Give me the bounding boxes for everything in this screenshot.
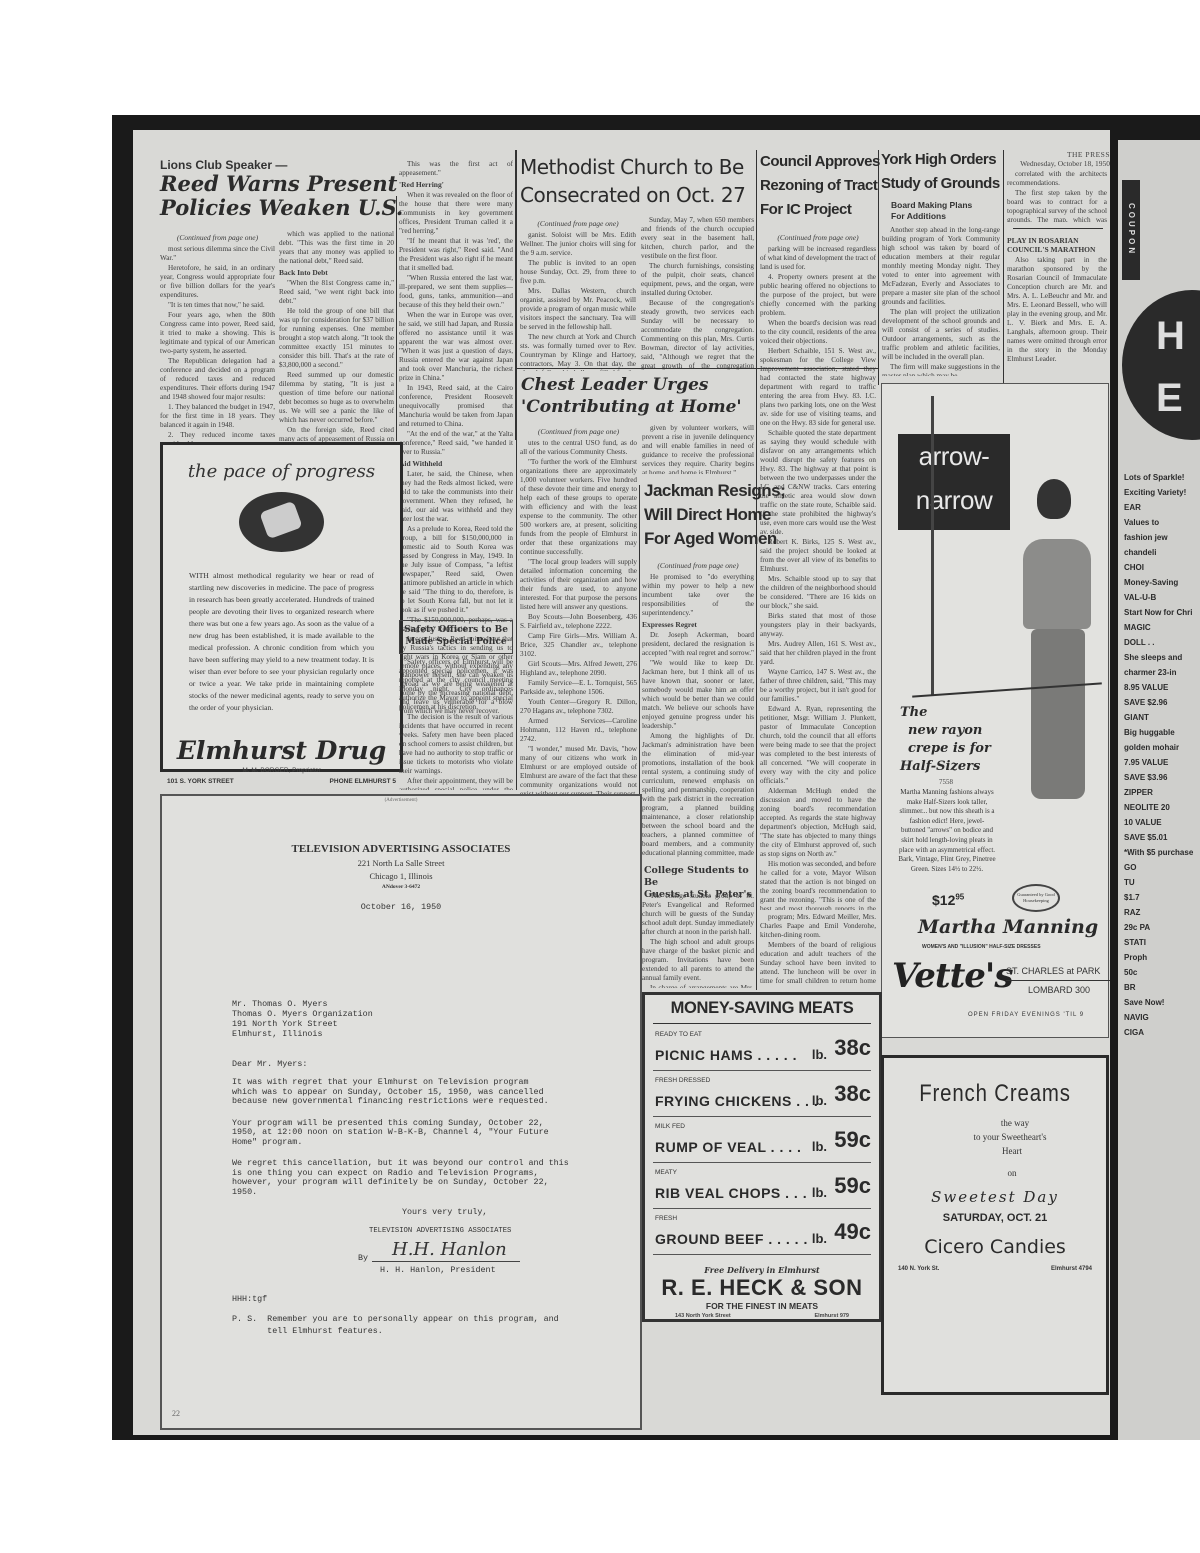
adjacent-page-text: GO	[1124, 860, 1200, 875]
headline-methodist-line1: Methodist Church to Be	[520, 154, 744, 180]
woman-figure-illustration-icon	[1017, 479, 1097, 809]
column-rule	[396, 196, 397, 441]
meat-unit: lb.	[812, 1185, 827, 1200]
meat-name: FRYING CHICKENS . . .	[655, 1093, 818, 1109]
headline-york-line1: York High Orders	[881, 150, 996, 170]
headline-council-line3: For IC Project	[760, 200, 851, 220]
adjacent-page-text: Big huggable	[1124, 725, 1200, 740]
story-college-col1: The college student group of St. Peter's…	[642, 892, 754, 988]
story-chest-col1: (Continued from page one) utes to the ce…	[520, 424, 637, 794]
ad-meats-tagline: FOR THE FINEST IN MEATS	[645, 1301, 879, 1311]
signature-block: By H.H. Hanlon	[358, 1241, 640, 1271]
divider	[1013, 228, 1103, 229]
meat-item: MEATYRIB VEAL CHOPS . . .59clb.	[653, 1165, 871, 1209]
ad-meats-delivery: Free Delivery in Elmhurst	[645, 1265, 879, 1275]
adjacent-page-text: Save Now!	[1124, 995, 1200, 1010]
story-safety-body: Safety officers of Elmhurst will be appo…	[399, 658, 513, 790]
letter-recipient: Mr. Thomas O. Myers Thomas O. Myers Orga…	[232, 999, 640, 1039]
ad-meats-title: MONEY-SAVING MEATS	[645, 999, 879, 1018]
ad-vette-location: ST. CHARLES at PARK	[1006, 966, 1100, 976]
ad-meats-phone: Elmhurst 979	[814, 1313, 849, 1319]
adjacent-page-text: SAVE $3.96	[1124, 770, 1200, 785]
coupon-label: COUPON	[1122, 180, 1140, 280]
adjacent-page-text: ZIPPER	[1124, 785, 1200, 800]
adjacent-page-text: *With $5 purchase	[1124, 845, 1200, 860]
ad-elmhurst-drug: the pace of progress WITH almost methodi…	[160, 442, 403, 772]
letterhead-street: 221 North La Salle Street	[162, 858, 640, 868]
subhead-york: Board Making Plans For Additions	[891, 200, 972, 222]
meat-unit: lb.	[812, 1093, 827, 1108]
ad-heck-meats: MONEY-SAVING MEATS READY TO EATPICNIC HA…	[642, 992, 882, 1322]
ad-candy-phone: Elmhurst 4794	[1051, 1266, 1092, 1272]
meat-unit: lb.	[812, 1047, 827, 1062]
adjacent-page-strip: COUPON HE Lots of Sparkle!Exciting Varie…	[1118, 140, 1200, 1440]
ad-vette-body: Martha Manning fashions always make Half…	[898, 788, 996, 874]
adjacent-page-text: Values to	[1124, 515, 1200, 530]
story-chest-col2: given by volunteer workers, will prevent…	[642, 424, 754, 474]
adjacent-page-text: fashion jew	[1124, 530, 1200, 545]
adjacent-page-text: 50c	[1124, 965, 1200, 980]
column-rule	[516, 150, 517, 790]
story-york-col1: Another step ahead in the long-range bui…	[882, 226, 1000, 376]
meat-price: 38c	[834, 1081, 871, 1107]
letterhead-company: TELEVISION ADVERTISING ASSOCIATES	[162, 843, 640, 855]
adjacent-page-text: EAR	[1124, 500, 1200, 515]
ad-drug-phone: PHONE ELMHURST 5	[330, 778, 396, 785]
meat-price: 49c	[834, 1219, 871, 1245]
letterhead-phone: ANdover 3-6472	[162, 884, 640, 890]
meat-item: READY TO EATPICNIC HAMS . . . . .38clb.	[653, 1027, 871, 1071]
adjacent-page-text: NEOLITE 20	[1124, 800, 1200, 815]
adjacent-page-text: Exciting Variety!	[1124, 485, 1200, 500]
ad-cicero-candies: French Creams the way to your Sweetheart…	[881, 1055, 1109, 1395]
column-rule	[756, 150, 757, 990]
meat-price: 59c	[834, 1173, 871, 1199]
adjacent-page-text: Start Now for Chri	[1124, 605, 1200, 620]
letter-postscript: P. S. Remember you are to personally app…	[232, 1313, 640, 1337]
meat-unit: lb.	[812, 1139, 827, 1154]
adjacent-page-text: GIANT	[1124, 710, 1200, 725]
ad-candy-day: Sweetest Day	[884, 1188, 1106, 1206]
adjacent-page-text: MAGIC	[1124, 620, 1200, 635]
adjacent-page-text: CIGA	[1124, 1025, 1200, 1040]
letter-paragraph-1: It was with regret that your Elmhurst on…	[232, 1078, 640, 1107]
meat-item: FRESH DRESSEDFRYING CHICKENS . . .38clb.	[653, 1073, 871, 1117]
headline-chest-line2: 'Contributing at Home'	[521, 396, 742, 418]
letterhead-city: Chicago 1, Illinois	[162, 871, 640, 881]
story-york-col2: correlated with the architects recommend…	[1007, 170, 1107, 222]
headline-chest-line1: Chest Leader Urges	[521, 374, 708, 396]
story-methodist-col2: Sunday, May 7, when 650 members and frie…	[641, 216, 754, 371]
good-housekeeping-seal-icon: Guaranteed by Good Housekeeping	[1012, 884, 1060, 912]
headline-reed-line2: Policies Weaken U.S.	[160, 196, 403, 220]
adjacent-page-text: Money-Saving	[1124, 575, 1200, 590]
column-rule	[1003, 150, 1004, 385]
ad-candy-line: to your Sweetheart's	[884, 1132, 1106, 1142]
story-college-col2: program; Mrs. Edward Meiller, Mrs. Charl…	[760, 913, 876, 985]
meat-item: MILK FEDRUMP OF VEAL . . . .59clb.	[653, 1119, 871, 1163]
headline-jackman-line2: Will Direct Home	[644, 504, 771, 526]
meat-desc: MEATY	[655, 1169, 677, 1176]
headline-methodist-line2: Consecrated on Oct. 27	[520, 182, 745, 208]
adjacent-page-text: VAL-U-B	[1124, 590, 1200, 605]
ad-vette-brand-sub: WOMEN'S AND "ILLUSION" HALF-SIZE DRESSES	[922, 944, 1041, 950]
ad-vette-brand: Martha Manning	[918, 916, 1098, 938]
advertisement-label: (Advertisement)	[162, 798, 640, 803]
ad-drug-proprietor: M. M. BORGER, Proprietor	[163, 767, 400, 774]
adjacent-page-text: SAVE $5.01	[1124, 830, 1200, 845]
headline-reed-line1: Reed Warns Present	[160, 172, 397, 196]
meat-item: FRESHGROUND BEEF . . . . .49clb.	[653, 1211, 871, 1255]
ad-meats-store: R. E. HECK & SON	[645, 1275, 879, 1301]
ad-meats-address: 143 North York Street	[675, 1313, 731, 1319]
meat-name: GROUND BEEF . . . . .	[655, 1231, 808, 1247]
adjacent-page-text: 8.95 VALUE	[1124, 680, 1200, 695]
adjacent-page-text: Proph	[1124, 950, 1200, 965]
adjacent-page-text: She sleeps and	[1124, 650, 1200, 665]
ad-vette-phone: LOMBARD 300	[1028, 985, 1090, 995]
headline-york-line2: Study of Grounds	[881, 174, 1000, 194]
headline-council-line1: Council Approves	[760, 152, 880, 172]
ad-drug-title: the pace of progress	[163, 461, 400, 482]
adjacent-page-text: chandeli	[1124, 545, 1200, 560]
pill-hand-illustration-icon	[239, 492, 324, 552]
ad-vette-store: Vette's	[892, 956, 1012, 996]
meat-name: RUMP OF VEAL . . . .	[655, 1139, 801, 1155]
letter-paragraph-2: Your program will be presented this comi…	[232, 1119, 640, 1148]
letter-paragraph-3: We regret this cancellation, but it was …	[232, 1159, 640, 1197]
ad-vette-style-number: 7558	[900, 778, 992, 786]
story-methodist-col1: (Continued from page one) ganist. Solois…	[520, 216, 636, 371]
letter-date: October 16, 1950	[162, 902, 640, 913]
letter-salutation: Dear Mr. Myers:	[232, 1059, 640, 1070]
signature: H.H. Hanlon	[392, 1239, 507, 1260]
big-letters: HE	[1156, 305, 1185, 429]
ad-drug-address: 101 S. YORK STREET	[167, 778, 234, 785]
adjacent-page-text: charmer 23-in	[1124, 665, 1200, 680]
adjacent-page-text: 10 VALUE	[1124, 815, 1200, 830]
ad-candy-title: French Creams	[901, 1080, 1090, 1108]
adjacent-page-text: RAZ	[1124, 905, 1200, 920]
ad-drug-brand: Elmhurst Drug	[163, 736, 400, 765]
adjacent-page-text: $1.7	[1124, 890, 1200, 905]
adjacent-page-text: TU	[1124, 875, 1200, 890]
adjacent-page-text: Lots of Sparkle!	[1124, 470, 1200, 485]
ad-tv-letter: (Advertisement) TELEVISION ADVERTISING A…	[160, 794, 642, 1430]
letter-closing: Yours very truly,	[402, 1207, 640, 1218]
adjacent-page-text: 7.95 VALUE	[1124, 755, 1200, 770]
adjacent-page-items: Lots of Sparkle!Exciting Variety!EARValu…	[1124, 470, 1200, 1040]
adjacent-page-text: BR	[1124, 980, 1200, 995]
story-jackman-body: (Continued from page one) He promised to…	[642, 558, 754, 858]
story-reed-col1: (Continued from page one) most serious d…	[160, 230, 275, 442]
meat-unit: lb.	[812, 1231, 827, 1246]
letter-closing-company: TELEVISION ADVERTISING ASSOCIATES	[369, 1226, 640, 1237]
adjacent-page-text: CHOI	[1124, 560, 1200, 575]
adjacent-page-text: 29c PA	[1124, 920, 1200, 935]
ad-candy-line: the way	[884, 1118, 1106, 1128]
adjacent-page-text: SAVE $2.96	[1124, 695, 1200, 710]
ad-drug-body: WITH almost methodical regularity we hea…	[189, 570, 374, 714]
story-council-body: (Continued from page one) parking will b…	[760, 230, 876, 910]
adjacent-page-text: NAVIG	[1124, 1010, 1200, 1025]
column-rule	[639, 485, 640, 795]
ad-vette-hours: OPEN FRIDAY EVENINGS 'TIL 9	[968, 1012, 1084, 1018]
column-rule	[878, 150, 879, 385]
ad-candy-store: Cicero Candies	[884, 1236, 1106, 1258]
story-kicker: Lions Club Speaker —	[160, 158, 287, 172]
ad-vette-script: The new rayon crepe is for Half-Sizers	[900, 704, 1010, 776]
meat-desc: MILK FED	[655, 1123, 685, 1130]
ad-candy-date: SATURDAY, OCT. 21	[884, 1212, 1106, 1224]
meat-name: RIB VEAL CHOPS . . .	[655, 1185, 807, 1201]
story-reed-col2: which was applied to the national debt. …	[279, 230, 394, 442]
meat-desc: FRESH DRESSED	[655, 1077, 710, 1084]
meat-price: 59c	[834, 1127, 871, 1153]
ad-vettes-dress: arrow- narrow The new rayon crepe is for…	[881, 383, 1109, 1038]
story-rosarian: PLAY IN ROSARIAN COUNCIL'S MARATHON Also…	[1007, 234, 1107, 374]
meat-price: 38c	[834, 1035, 871, 1061]
meat-desc: READY TO EAT	[655, 1031, 702, 1038]
headline-jackman-line3: For Aged Women	[644, 528, 777, 550]
story-safety-headline-box: Safety Officers to Be Made Special Polic…	[399, 620, 513, 654]
adjacent-page-text: DOLL . .	[1124, 635, 1200, 650]
newspaper-page: THE PRESS Wednesday, October 18, 1950 Li…	[133, 130, 1110, 1435]
arrow-sign: arrow- narrow	[898, 434, 1010, 530]
ad-vette-price: $1295	[932, 892, 964, 908]
headline-council-line2: Rezoning of Tract	[760, 176, 877, 196]
letter-initials: HHH:tgf	[232, 1294, 640, 1305]
adjacent-page-text: STATI	[1124, 935, 1200, 950]
ad-candy-address: 140 N. York St.	[898, 1266, 939, 1272]
ad-candy-line: on	[884, 1168, 1106, 1178]
arrow-pole-icon	[931, 396, 934, 696]
meat-desc: FRESH	[655, 1215, 677, 1222]
ad-candy-line: Heart	[884, 1146, 1106, 1156]
adjacent-page-text: golden mohair	[1124, 740, 1200, 755]
page-number: 22	[172, 1409, 180, 1418]
meat-name: PICNIC HAMS . . . . .	[655, 1047, 797, 1063]
